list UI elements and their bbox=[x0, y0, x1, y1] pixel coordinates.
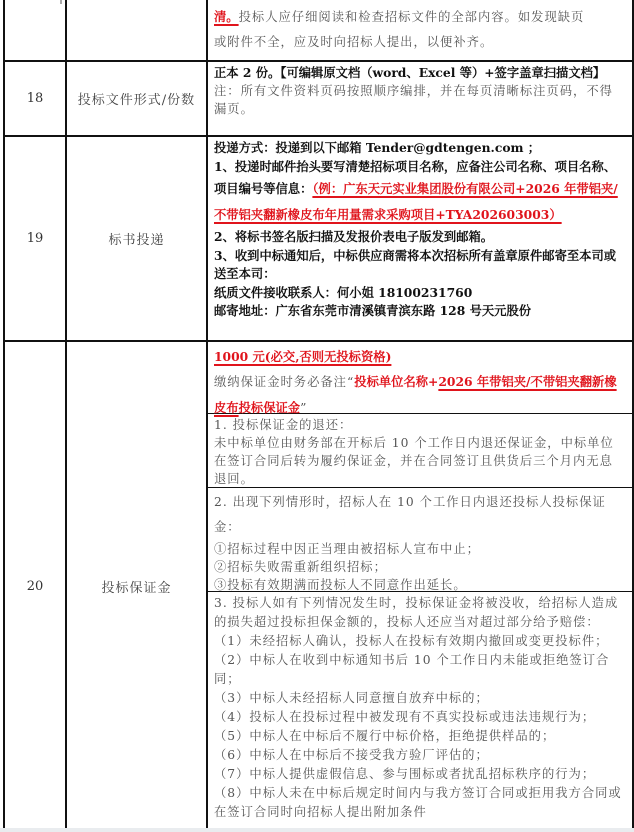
remark-deposit: 投标保证金 bbox=[239, 400, 301, 415]
row-number-cell bbox=[5, 0, 67, 60]
forfeit-item: （4）投标人在投标过程中被发现有不真实投标或违法违规行为； bbox=[214, 708, 626, 727]
remark-prefix: 缴纳保证金时务必备注“ bbox=[214, 375, 354, 389]
table-row-continued: 清。投标人应仔细阅读和检查招标文件的全部内容。如发现缺页 或附件不全，应及时向招… bbox=[5, 0, 632, 62]
remark-bidder-name: 投标单位名称+ bbox=[354, 374, 438, 389]
refund-title: 1. 投标保证金的退还： bbox=[214, 416, 626, 434]
row-content-cell: 清。投标人应仔细阅读和检查招标文件的全部内容。如发现缺页 或附件不全，应及时向招… bbox=[208, 0, 632, 60]
table-row-18: 18 投标文件形式/份数 正本 2 份。【可编辑原文档（word、Excel 等… bbox=[5, 62, 632, 137]
table-row-19: 19 标书投递 投递方式：投递到以下邮箱 Tender@gdtengen.com… bbox=[5, 137, 632, 342]
forfeit-title: 3. 投标人如有下列情况发生时，投标保证金将被没收，给招标人造成的损失超过投标担… bbox=[214, 594, 626, 632]
row-label: 投标保证金 bbox=[67, 342, 208, 830]
row-number: 19 bbox=[5, 137, 67, 340]
deposit-amount: 1000 元(必交,否则无投标资格) bbox=[214, 344, 626, 369]
forfeit-item: （5）中标人在中标后不履行中标价格，拒绝提供样品的； bbox=[214, 727, 626, 746]
row-label: 标书投递 bbox=[67, 137, 208, 340]
row-content: 1000 元(必交,否则无投标资格) 缴纳保证金时务必备注“投标单位名称+202… bbox=[208, 342, 632, 830]
body-text: 或附件不全，应及时向招标人提出，以便补齐。 bbox=[214, 30, 626, 55]
forfeit-item: （2）中标人在收到中标通知书后 10 个工作日内未能或拒绝签订合同； bbox=[214, 651, 626, 689]
row-content: 正本 2 份。【可编辑原文档（word、Excel 等）+签字盖章扫描文档】 注… bbox=[208, 62, 632, 135]
deposit-amount-section: 1000 元(必交,否则无投标资格) 缴纳保证金时务必备注“投标单位名称+202… bbox=[208, 342, 632, 414]
row-number: 20 bbox=[5, 342, 67, 830]
row-content: 投递方式：投递到以下邮箱 Tender@gdtengen.com ； 1、投递时… bbox=[208, 137, 632, 340]
copies-requirement: 正本 2 份。【可编辑原文档（word、Excel 等）+签字盖章扫描文档】 bbox=[214, 64, 626, 82]
mailing-address: 邮寄地址：广东省东莞市清溪镇青滨东路 128 号天元股份 bbox=[214, 302, 626, 321]
delivery-step-2: 2、将标书签名版扫描及发报价表电子版发到邮箱。 bbox=[214, 228, 626, 247]
refund-section: 1. 投标保证金的退还： 未中标单位由财务部在开标后 10 个工作日内退还保证金… bbox=[208, 414, 632, 488]
return-item: ①招标过程中因正当理由被招标人宣布中止； bbox=[214, 540, 626, 558]
delivery-method: 投递方式：投递到以下邮箱 Tender@gdtengen.com ； bbox=[214, 139, 626, 158]
tender-requirements-table: 清。投标人应仔细阅读和检查招标文件的全部内容。如发现缺页 或附件不全，应及时向招… bbox=[3, 0, 634, 830]
delivery-step-3: 3、收到中标通知后，中标供应商需将本次招标所有盖章原件邮寄至本司或送至本司： bbox=[214, 247, 626, 284]
body-text: 投标人应仔细阅读和检查招标文件的全部内容。如发现缺页 bbox=[239, 10, 585, 24]
return-section: 2. 出现下列情形时，招标人在 10 个工作日内退还投标人投标保证金： ①招标过… bbox=[208, 488, 632, 592]
remark-suffix: ” bbox=[300, 401, 307, 415]
viewer-bottom-edge bbox=[0, 828, 634, 832]
row-number: 18 bbox=[5, 62, 67, 135]
contact-person: 纸质文件接收联系人：何小姐 18100231760 bbox=[214, 284, 626, 303]
document-page: 清。投标人应仔细阅读和检查招标文件的全部内容。如发现缺页 或附件不全，应及时向招… bbox=[0, 0, 634, 832]
refund-body: 未中标单位由财务部在开标后 10 个工作日内退还保证金，中标单位在签订合同后转为… bbox=[214, 434, 626, 488]
content-line: 清。投标人应仔细阅读和检查招标文件的全部内容。如发现缺页 bbox=[214, 4, 626, 30]
pagination-note: 注：所有文件资料页码按照顺序编排，并在每页清晰标注页码，不得漏页。 bbox=[214, 82, 626, 118]
row-label: 投标文件形式/份数 bbox=[67, 62, 208, 135]
return-title: 2. 出现下列情形时，招标人在 10 个工作日内退还投标人投标保证金： bbox=[214, 490, 626, 540]
forfeit-section: 3. 投标人如有下列情况发生时，投标保证金将被没收，给招标人造成的损失超过投标担… bbox=[208, 592, 632, 830]
forfeit-item: （6）中标人在中标后不接受我方验厂评估的； bbox=[214, 746, 626, 765]
forfeit-item: （8）中标人未在中标后规定时间内与我方签订合同或拒用我方合同或在签订合同时向招标… bbox=[214, 784, 626, 822]
delivery-step-1: 1、投递时邮件抬头要写清楚招标项目名称，应备注公司名称、项目名称、项目编号等信息… bbox=[214, 158, 626, 229]
table-row-20: 20 投标保证金 1000 元(必交,否则无投标资格) 缴纳保证金时务必备注“投… bbox=[5, 342, 632, 830]
forfeit-item: （3）中标人未经招标人同意擅自放弃中标的； bbox=[214, 689, 626, 708]
return-item: ②招标失败需重新组织招标； bbox=[214, 558, 626, 576]
forfeit-item: （7）中标人提供虚假信息、参与围标或者扰乱招标秩序的行为； bbox=[214, 765, 626, 784]
highlighted-text: 清。 bbox=[214, 9, 239, 24]
forfeit-item: （1）未经招标人确认，投标人在投标有效期内撤回或变更投标件； bbox=[214, 632, 626, 651]
row-label-cell bbox=[67, 0, 208, 60]
